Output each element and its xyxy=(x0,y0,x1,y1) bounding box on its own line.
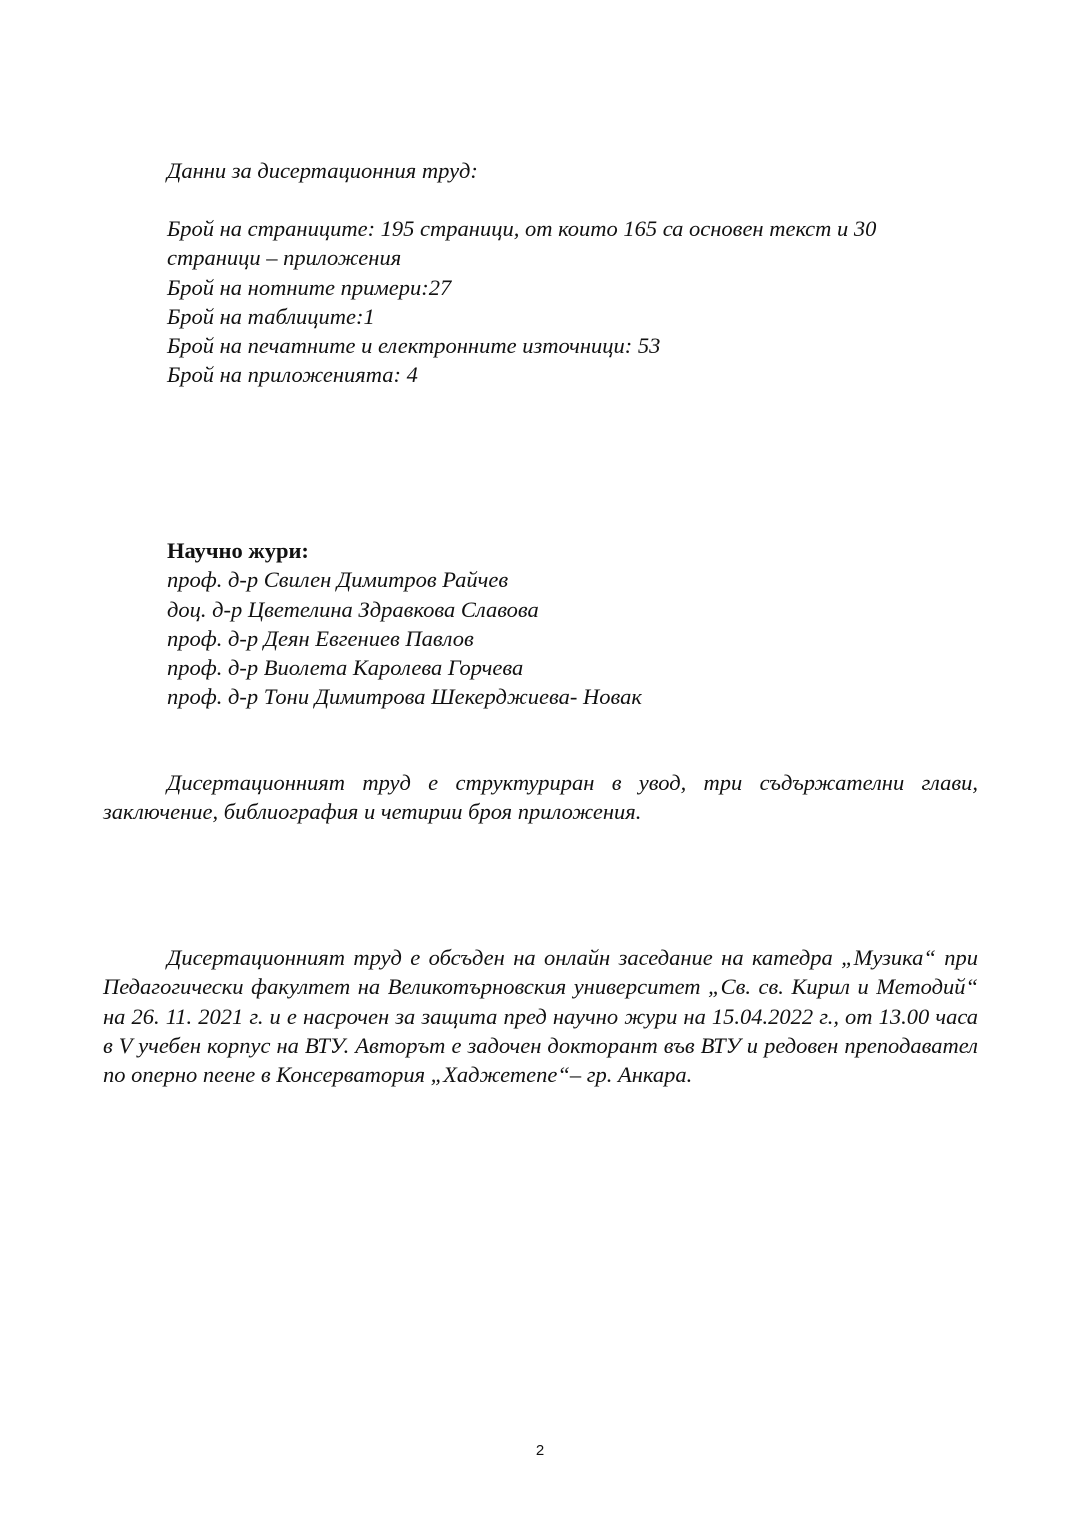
discussion-paragraph: Дисертационният труд е обсъден на онлайн… xyxy=(103,943,978,1089)
jury-member: проф. д-р Деян Евгениев Павлов xyxy=(167,624,642,653)
jury-member: доц. д-р Цветелина Здравкова Славова xyxy=(167,595,642,624)
jury-member: проф. д-р Виолета Каролева Горчева xyxy=(167,653,642,682)
discussion-text: Дисертационният труд е обсъден на онлайн… xyxy=(103,945,978,1087)
page-number: 2 xyxy=(0,1442,1080,1459)
structure-paragraph: Дисертационният труд е структуриран в ув… xyxy=(103,768,978,827)
jury-section: Научно жури: проф. д-р Свилен Димитров Р… xyxy=(167,536,642,712)
data-item-appendices: Брой на приложенията: 4 xyxy=(167,360,982,389)
jury-heading: Научно жури: xyxy=(167,536,642,565)
dissertation-data-title: Данни за дисертационния труд: xyxy=(167,156,478,185)
dissertation-data-list: Брой на страниците: 195 страници, от кои… xyxy=(167,214,982,390)
data-item-pages: Брой на страниците: 195 страници, от кои… xyxy=(167,214,982,243)
structure-text: Дисертационният труд е структуриран в ув… xyxy=(103,770,978,824)
data-item-pages-cont: страници – приложения xyxy=(167,243,982,272)
data-item-music-examples: Брой на нотните примери:27 xyxy=(167,273,982,302)
jury-member: проф. д-р Свилен Димитров Райчев xyxy=(167,565,642,594)
data-item-tables: Брой на таблиците:1 xyxy=(167,302,982,331)
data-item-sources: Брой на печатните и електронните източни… xyxy=(167,331,982,360)
jury-member: проф. д-р Тони Димитрова Шекерджиева- Но… xyxy=(167,682,642,711)
